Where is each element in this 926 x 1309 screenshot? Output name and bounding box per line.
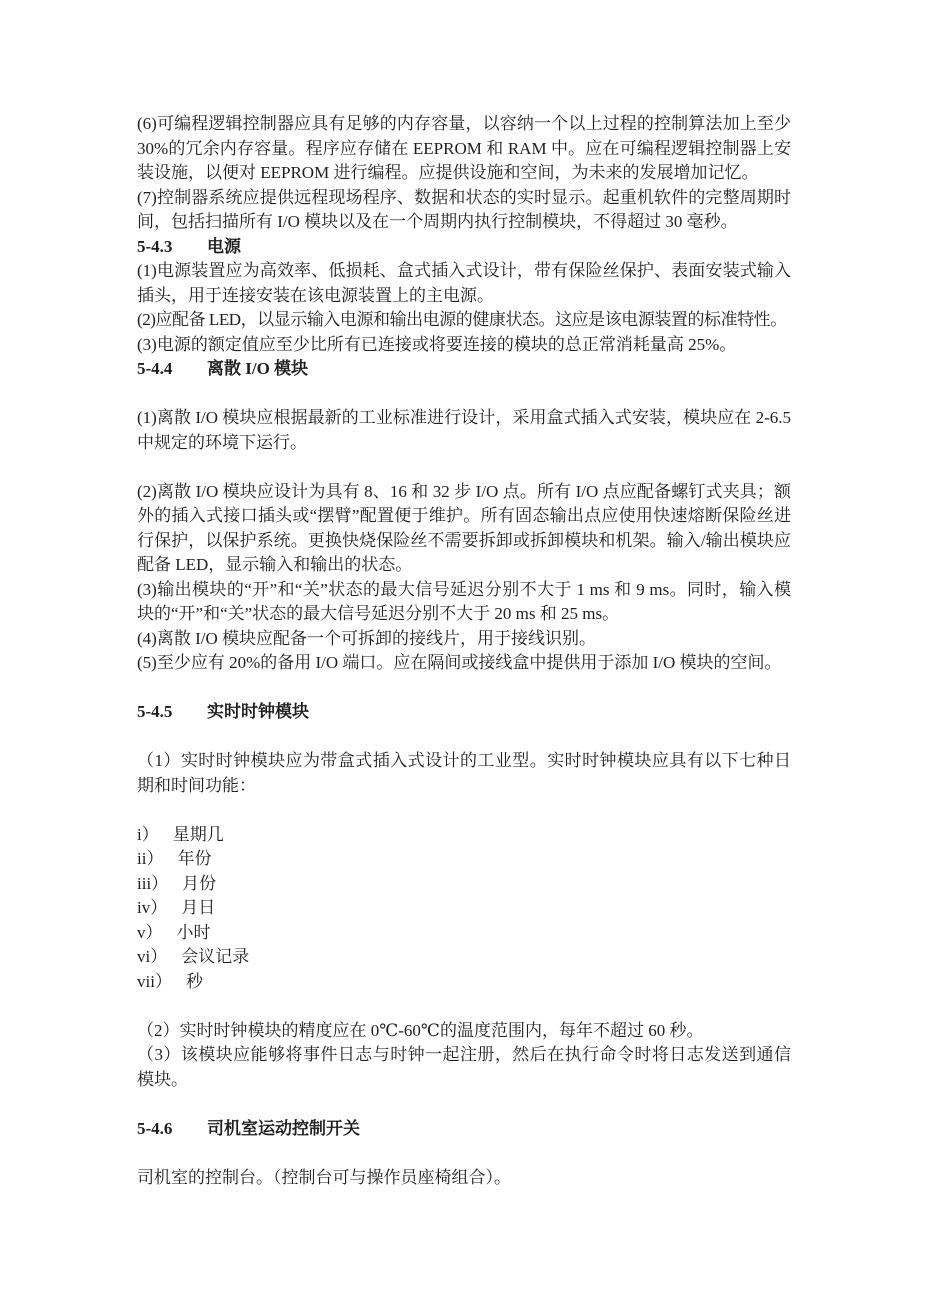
blank-line (137, 382, 791, 407)
section-number: 5-4.5 (137, 700, 207, 725)
document-body: (6)可编程逻辑控制器应具有足够的内存容量，以容纳一个以上过程的控制算法加上至少… (137, 112, 791, 1190)
paragraph: （2）实时时钟模块的精度应在 0℃-60℃的温度范围内，每年不超过 60 秒。 (137, 1019, 791, 1044)
blank-line (137, 725, 791, 750)
paragraph: (5)至少应有 20%的备用 I/O 端口。应在隔间或接线盒中提供用于添加 I/… (137, 651, 791, 676)
paragraph: (3)输出模块的“开”和“关”状态的最大信号延迟分别不大于 1 ms 和 9 m… (137, 578, 791, 627)
section-number: 5-4.6 (137, 1117, 207, 1142)
paragraph: 司机室的控制台。（控制台可与操作员座椅组合）。 (137, 1166, 791, 1191)
list-label: 年份 (177, 849, 211, 868)
section-title: 电源 (207, 237, 241, 256)
section-title: 离散 I/O 模块 (207, 359, 308, 378)
paragraph: (1)离散 I/O 模块应根据最新的工业标准进行设计，采用盒式插入式安装，模块应… (137, 406, 791, 455)
list-marker: v） (137, 923, 163, 942)
list-marker: vii） (137, 972, 172, 991)
section-heading: 5-4.5实时时钟模块 (137, 700, 791, 725)
list-marker: iii） (137, 874, 168, 893)
blank-line (137, 994, 791, 1019)
list-item: vi）会议记录 (137, 945, 791, 970)
section-heading: 5-4.3电源 (137, 235, 791, 260)
section-number: 5-4.4 (137, 357, 207, 382)
list-label: 月日 (181, 898, 215, 917)
list-item: iii）月份 (137, 872, 791, 897)
paragraph: (3)电源的额定值应至少比所有已连接或将要连接的模块的总正常消耗量高 25%。 (137, 333, 791, 358)
document-page: (6)可编程逻辑控制器应具有足够的内存容量，以容纳一个以上过程的控制算法加上至少… (137, 112, 791, 1190)
section-heading: 5-4.4离散 I/O 模块 (137, 357, 791, 382)
list-label: 星期几 (173, 825, 224, 844)
paragraph: (4)离散 I/O 模块应配备一个可拆卸的接线片，用于接线识别。 (137, 627, 791, 652)
blank-line (137, 798, 791, 823)
list-marker: i） (137, 825, 159, 844)
list-marker: iv） (137, 898, 167, 917)
list-marker: vi） (137, 947, 167, 966)
list-label: 会议记录 (181, 947, 249, 966)
list-label: 小时 (177, 923, 211, 942)
section-title: 实时时钟模块 (207, 702, 309, 721)
paragraph: (6)可编程逻辑控制器应具有足够的内存容量，以容纳一个以上过程的控制算法加上至少… (137, 112, 791, 186)
list-item: i）星期几 (137, 823, 791, 848)
paragraph: (2)离散 I/O 模块应设计为具有 8、16 和 32 步 I/O 点。所有 … (137, 480, 791, 578)
paragraph: （3）该模块应能够将事件日志与时钟一起注册，然后在执行命令时将日志发送到通信模块… (137, 1043, 791, 1092)
section-title: 司机室运动控制开关 (207, 1119, 360, 1138)
section-heading: 5-4.6司机室运动控制开关 (137, 1117, 791, 1142)
list-item: vii）秒 (137, 970, 791, 995)
paragraph: (2)应配备 LED，以显示输入电源和输出电源的健康状态。这应是该电源装置的标准… (137, 308, 791, 333)
list-label: 秒 (186, 972, 203, 991)
paragraph: (1)电源装置应为高效率、低损耗、盒式插入式设计，带有保险丝保护、表面安装式输入… (137, 259, 791, 308)
paragraph: （1）实时时钟模块应为带盒式插入式设计的工业型。实时时钟模块应具有以下七种日期和… (137, 749, 791, 798)
blank-line (137, 676, 791, 701)
blank-line (137, 1141, 791, 1166)
blank-line (137, 455, 791, 480)
list-item: v）小时 (137, 921, 791, 946)
list-item: iv）月日 (137, 896, 791, 921)
section-number: 5-4.3 (137, 235, 207, 260)
blank-line (137, 1092, 791, 1117)
list-item: ii）年份 (137, 847, 791, 872)
list-label: 月份 (182, 874, 216, 893)
list-marker: ii） (137, 849, 163, 868)
paragraph: (7)控制器系统应提供远程现场程序、数据和状态的实时显示。起重机软件的完整周期时… (137, 186, 791, 235)
